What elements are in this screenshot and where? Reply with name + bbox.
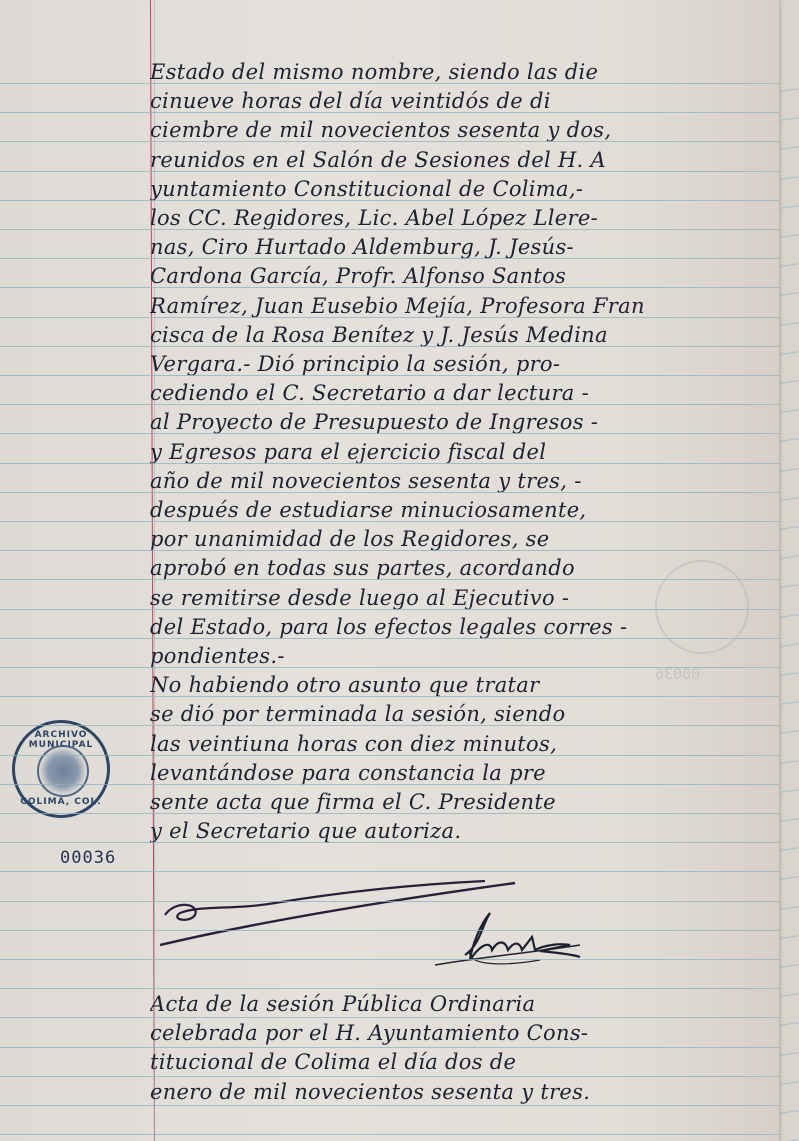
- ruled-line: [0, 842, 779, 843]
- stamp-seal-emblem: [37, 745, 89, 797]
- underlying-page-edge: [779, 0, 799, 1141]
- ruled-line: [0, 287, 779, 288]
- ruled-line: [0, 112, 779, 113]
- ruled-line: [0, 317, 779, 318]
- ruled-line: [0, 404, 779, 405]
- ruled-line: [0, 258, 779, 259]
- ruled-line: [0, 1105, 779, 1106]
- ruled-line: [0, 579, 779, 580]
- ruled-line: [0, 171, 779, 172]
- ruled-line: [0, 930, 779, 931]
- ruled-line: [0, 433, 779, 434]
- ruled-line: [0, 346, 779, 347]
- ruled-line: [0, 725, 779, 726]
- archive-stamp: ARCHIVO MUNICIPAL COLIMA, COL.: [12, 720, 110, 818]
- ruled-line: [0, 229, 779, 230]
- ruled-line: [0, 784, 779, 785]
- ruled-line: [0, 375, 779, 376]
- ruled-line: [0, 1134, 779, 1135]
- ruled-line: [0, 1047, 779, 1048]
- ruled-line: [0, 988, 779, 989]
- next-entry-line: Acta de la sesión Pública Ordinaria: [150, 990, 780, 1019]
- ruled-line: [0, 667, 779, 668]
- ruled-line: [0, 1076, 779, 1077]
- next-entry-line: titucional de Colima el día dos de: [150, 1048, 780, 1077]
- signature-secretario: [420, 905, 640, 975]
- bleed-through-stamp: [655, 560, 749, 654]
- ruled-line: [0, 200, 779, 201]
- ruled-line: [0, 521, 779, 522]
- ruled-line: [0, 755, 779, 756]
- ruled-line: [0, 83, 779, 84]
- ruled-line: [0, 492, 779, 493]
- ruled-line: [0, 550, 779, 551]
- stamp-bottom-text: COLIMA, COL.: [15, 797, 107, 807]
- ruled-line: [0, 871, 779, 872]
- ruled-line: [0, 463, 779, 464]
- ruled-line: [0, 609, 779, 610]
- ruled-line: [0, 638, 779, 639]
- ruled-line: [0, 813, 779, 814]
- next-entry-line: enero de mil novecientos sesenta y tres.: [150, 1078, 780, 1107]
- next-entry-line: celebrada por el H. Ayuntamiento Cons-: [150, 1019, 780, 1048]
- ruled-line: [0, 959, 779, 960]
- folio-number: 00036: [60, 848, 116, 868]
- ruled-line: [0, 901, 779, 902]
- ruled-line: [0, 1017, 779, 1018]
- ruled-line: [0, 141, 779, 142]
- ruled-line: [0, 696, 779, 697]
